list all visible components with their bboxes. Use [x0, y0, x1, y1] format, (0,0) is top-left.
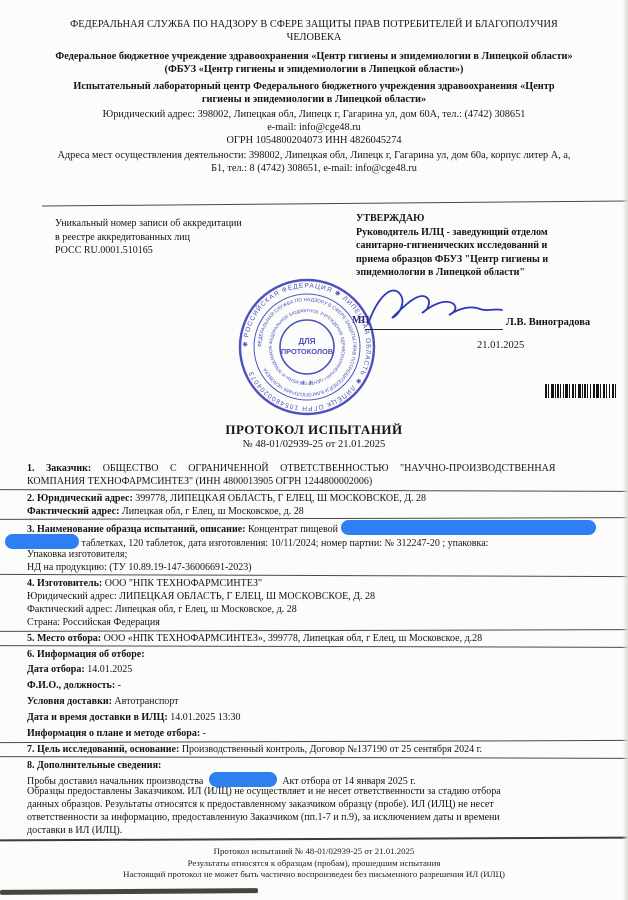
approval-line4: приема образцов ФБУЗ "Центр гигиены и: [356, 253, 606, 267]
sampling-place-line: 5. Место отбора: ООО «НПК ТЕХНОФАРМСИНТЕ…: [27, 632, 620, 645]
footer-protocol-number: Протокол испытаний № 48-01/02939-25 от 2…: [0, 846, 628, 858]
header-agency-line1: ФЕДЕРАЛЬНАЯ СЛУЖБА ПО НАДЗОРУ В СФЕРЕ ЗА…: [0, 18, 628, 31]
header-legal-address: Юридический адрес: 398002, Липецкая обл,…: [0, 108, 628, 121]
header-activity-address-line1: Адреса мест осуществления деятельности: …: [0, 149, 628, 162]
customer-line2: КОМПАНИЯ ТЕХНОФАРМСИНТЕЗ" (ИНН 480001390…: [27, 475, 620, 488]
approval-date: 21.01.2025: [477, 340, 524, 351]
sample-nd-line: НД на продукцию: (ТУ 10.89.19-147-360066…: [27, 561, 620, 574]
legal-address-line: 2. Юридический адрес: 399778, ЛИПЕЦКАЯ О…: [27, 492, 620, 505]
manufacturer-country: Страна: Российская Федерация: [27, 616, 620, 629]
header-activity-address-line2: Б1, тел.: 8 (4742) 308651, e-mail: info@…: [0, 162, 628, 175]
disclaimer-line1: Образцы предоставлены Заказчиком. ИЛ (ИЛ…: [27, 785, 620, 798]
footer-results-note: Результаты относятся к образцам (пробам)…: [0, 858, 628, 870]
accreditation-number: РОСС RU.0001.510165: [55, 244, 305, 258]
header-lab-line1: Испытательный лабораторный центр Федерал…: [0, 80, 628, 93]
footer-reproduction-note: Настоящий протокол не может быть частичн…: [0, 869, 628, 881]
stamp-asterisks: ✳ ✳: [300, 379, 314, 387]
scan-artifact-line: [0, 888, 258, 895]
approval-line5: эпидемиологии в Липецкой области": [356, 266, 606, 280]
redaction-box: [5, 534, 79, 549]
manufacturer-line: 4. Изготовитель: ООО "НПК ТЕХНОФАРМСИНТЕ…: [27, 577, 620, 590]
sample-packaging-line: Упаковка изготовителя;: [27, 548, 620, 561]
disclaimer-line4: доставки в ИЛ (ИЛЦ).: [27, 824, 620, 837]
manufacturer-actual-address: Фактический адрес: Липецкая обл, г Елец,…: [27, 603, 620, 616]
delivery-conditions-line: Условия доставки: Автотранспорт: [27, 695, 620, 708]
header-lab-line2: гигиены и эпидемиологии в Липецкой облас…: [0, 93, 628, 106]
barcode: [545, 384, 617, 398]
disclaimer-line3: ответственности за информацию, предостав…: [27, 811, 620, 824]
customer-label: 1. Заказчик:: [27, 463, 91, 474]
signature-line: [365, 329, 503, 330]
round-stamp-for-protocols: ✱ РОССИЙСКАЯ ФЕДЕРАЦИЯ ✱ ЛИПЕЦКАЯ ОБЛАСТ…: [232, 272, 382, 422]
section-end-divider: [0, 837, 628, 842]
additional-info-heading: 8. Дополнительные сведения:: [27, 759, 620, 772]
scan-edge-shadow: [622, 0, 628, 900]
document-title: ПРОТОКОЛ ИСПЫТАНИЙ: [0, 422, 628, 438]
research-purpose-line: 7. Цель исследований, основание: Произво…: [27, 743, 620, 756]
accreditation-line1: Уникальный номер записи об аккредитации: [55, 217, 305, 231]
disclaimer-line2: данных образцов. Результаты относятся к …: [27, 798, 620, 811]
header-org-line2: (ФБУЗ «Центр гигиены и эпидемиологии в Л…: [0, 63, 628, 76]
approval-line2: Руководитель ИЛЦ - заведующий отделом: [356, 226, 606, 240]
handwritten-signature: [362, 282, 512, 334]
header-agency-line2: ЧЕЛОВЕКА: [0, 31, 628, 44]
fio-position-line: Ф.И.О., должность: -: [27, 679, 620, 692]
header-org-line1: Федеральное бюджетное учреждение здравоо…: [0, 50, 628, 63]
delivery-datetime-line: Дата и время доставки в ИЛЦ: 14.01.2025 …: [27, 711, 620, 724]
protocol-document-page: ФЕДЕРАЛЬНАЯ СЛУЖБА ПО НАДЗОРУ В СФЕРЕ ЗА…: [0, 0, 628, 900]
header-divider: [42, 200, 628, 206]
sampling-plan-line: Информация о плане и методе отбора: -: [27, 727, 620, 740]
header-ogrn-inn: ОГРН 1054800204073 ИНН 4826045274: [0, 134, 628, 147]
document-number-date: № 48-01/02939-25 от 21.01.2025: [0, 439, 628, 450]
sampling-date-line: Дата отбора: 14.01.2025: [27, 663, 620, 676]
accreditation-block: Уникальный номер записи об аккредитации …: [55, 217, 305, 258]
approval-block: УТВЕРЖДАЮ Руководитель ИЛЦ - заведующий …: [356, 212, 606, 280]
signatory-name: Л.В. Виноградова: [506, 317, 590, 328]
manufacturer-legal-address: Юридический адрес: ЛИПЕЦКАЯ ОБЛАСТЬ, Г Е…: [27, 590, 620, 603]
customer-line1: 1. Заказчик: ОБЩЕСТВО С ОГРАНИЧЕННОЙ ОТВ…: [27, 462, 620, 475]
header-email: e-mail: info@cge48.ru: [0, 121, 628, 134]
redaction-box: [341, 520, 596, 535]
stamp-center-line1: ДЛЯ: [298, 337, 315, 346]
sampling-info-heading: 6. Информация об отборе:: [27, 648, 620, 661]
stamp-center-line2: ПРОТОКОЛОВ: [281, 347, 333, 356]
accreditation-line2: в реестре аккредитованных лиц: [55, 231, 305, 245]
actual-address-line: Фактический адрес: Липецкая обл, г Елец,…: [27, 505, 620, 518]
approval-line3: санитарно-гигиенических исследований и: [356, 239, 606, 253]
approval-utverzhdayu: УТВЕРЖДАЮ: [356, 212, 606, 226]
